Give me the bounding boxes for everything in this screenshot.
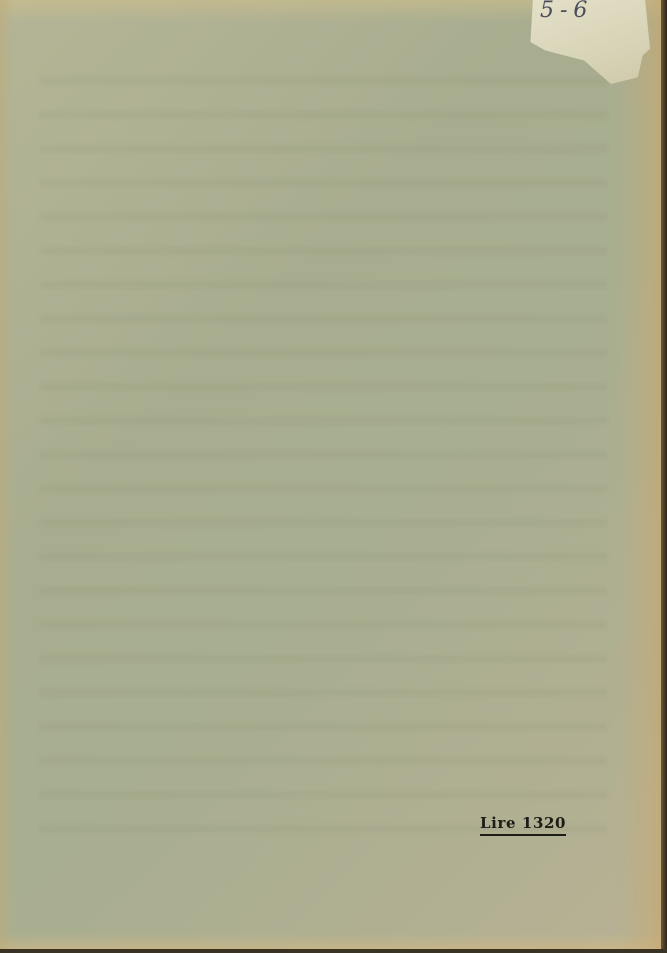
handwritten-note: 5-6 [540, 0, 593, 23]
cover-bottom-edge [0, 949, 667, 953]
price-label: Lire 1320 [480, 814, 566, 836]
book-back-cover: 5-6 Lire 1320 [0, 0, 667, 953]
show-through-text-texture [40, 60, 607, 833]
cover-right-edge [661, 0, 667, 953]
